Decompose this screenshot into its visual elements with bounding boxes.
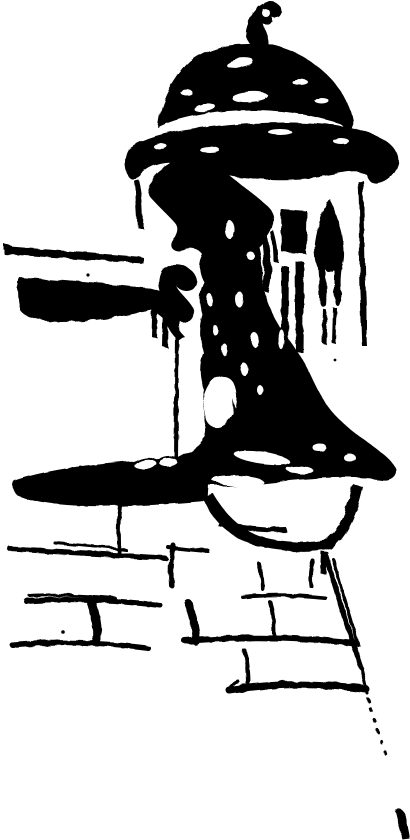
slit-window-bars (295, 261, 304, 353)
brick-joint-1 (118, 506, 120, 552)
brick-joint-2 (171, 545, 173, 585)
wall-wedge-drips (151, 300, 158, 338)
sentry-box-sketch: Black-and-white hand-drawn sketch of a d… (0, 0, 410, 840)
sketch-canvas (0, 0, 410, 840)
